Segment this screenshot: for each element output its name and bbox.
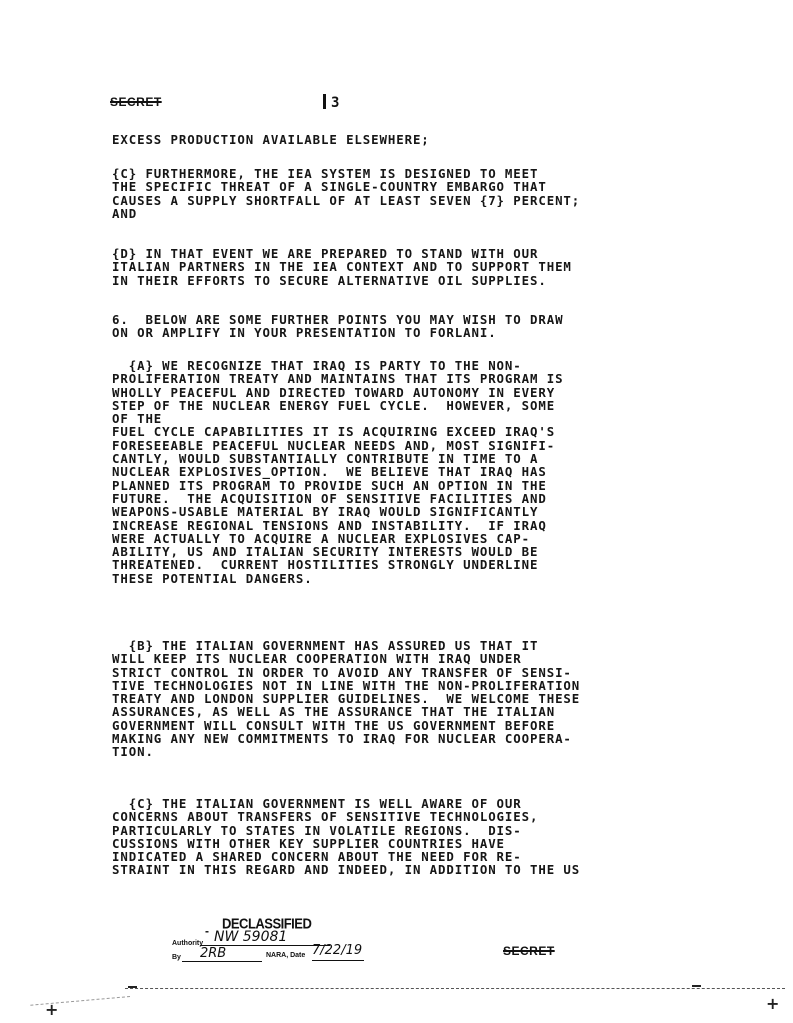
paragraph-a-iraq-npt: {A} WE RECOGNIZE THAT IRAQ IS PARTY TO T… [112,359,563,585]
scan-tick-mark [128,986,137,988]
registration-mark-left: + [45,1000,58,1019]
registration-mark-right: + [766,994,779,1013]
scan-edge-line [125,988,785,989]
paragraph-excess-production: EXCESS PRODUCTION AVAILABLE ELSEWHERE; [112,133,430,146]
paragraph-c-iea-system: {C} FURTHERMORE, THE IEA SYSTEM IS DESIG… [112,167,580,220]
scan-tick-mark [692,985,701,987]
document-page: SECRET 3 EXCESS PRODUCTION AVAILABLE ELS… [0,0,793,1023]
page-number-value: 3 [331,95,339,111]
page-number: 3 [323,94,339,111]
paragraph-c-sensitive-technologies: {C} THE ITALIAN GOVERNMENT IS WELL AWARE… [112,797,580,877]
stamp-by-value: 2RB [182,946,262,962]
paragraph-d-italian-partners: {D} IN THAT EVENT WE ARE PREPARED TO STA… [112,247,572,287]
paragraph-6-further-points: 6. BELOW ARE SOME FURTHER POINTS YOU MAY… [112,313,563,340]
stamp-date-value: 7/22/19 [312,942,364,961]
stamp-authority-value: NW 59081 [200,928,330,946]
classification-marking-top: SECRET [110,95,162,109]
classification-marking-bottom: SECRET [503,944,555,958]
stamp-nara-date-label: NARA, Date [266,952,305,959]
declassification-stamp: - DECLASSIFIED Authority NW 59081 By 2RB… [172,914,402,964]
paragraph-b-italian-assurances: {B} THE ITALIAN GOVERNMENT HAS ASSURED U… [112,639,580,759]
page-number-bar [323,94,326,109]
stamp-by-label: By [172,954,181,961]
